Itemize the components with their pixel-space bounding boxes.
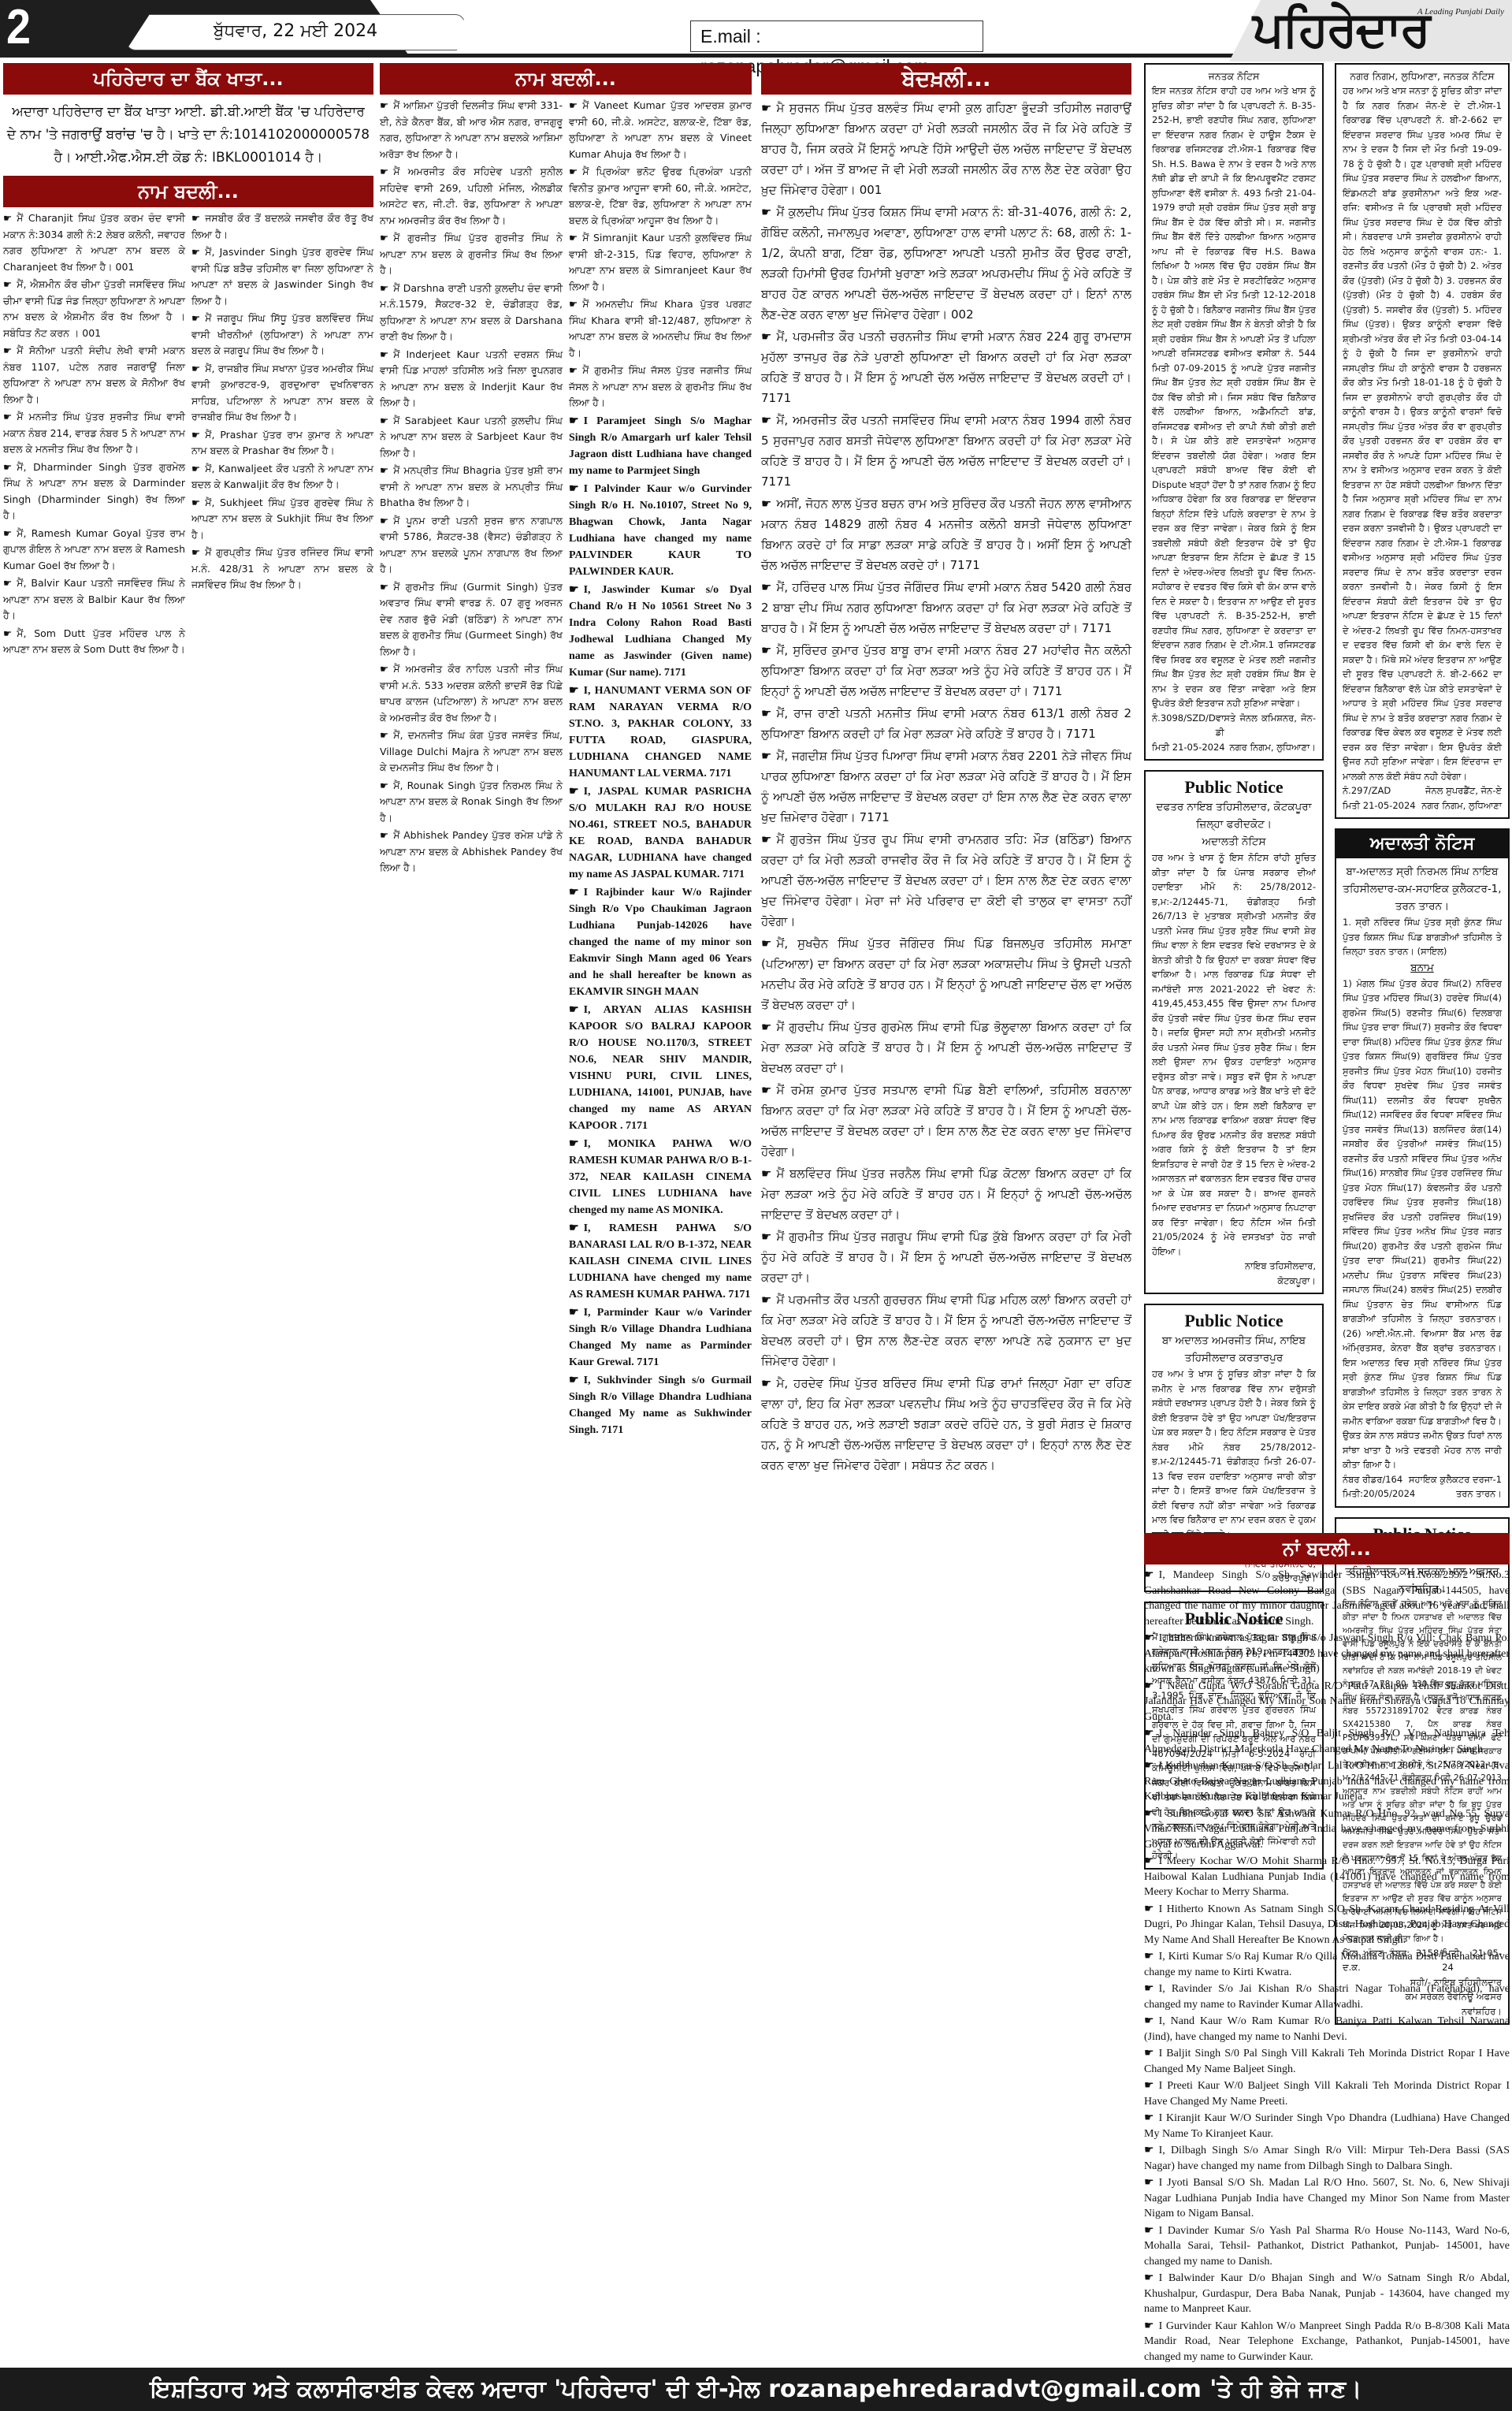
list-item: ☛ਮੈਂ, Ramesh Kumar Goyal ਪੁੱਤਰ ਰਾਮ ਗੁਪਾਲ… — [3, 526, 185, 575]
pointing-hand-icon: ☛ — [1144, 1854, 1154, 1870]
list-item: ☛ਮੈਂ ਗੁਰਦੀਪ ਸਿੰਘ ਪੁੱਤਰ ਗੁਰਮੇਲ ਸਿੰਘ ਵਾਸੀ … — [761, 1017, 1131, 1078]
entry-text: ਮੈਂ ਮਨਪ੍ਰੀਤ ਸਿੰਘ Bhagria ਪੁੱਤਰ ਖ਼ੁਸ਼ੀ ਰਾ… — [380, 464, 563, 508]
entry-text: I Paramjeet Singh S/o Maghar Singh R/o A… — [569, 415, 752, 477]
entry-text: I Rajbinder kaur W/o Rajinder Singh R/o … — [569, 887, 752, 998]
pointing-hand-icon: ☛ — [380, 463, 388, 479]
notice-subtitle: ਬਾ ਅਦਾਲਤ ਅਮਰਜੀਤ ਸਿੰਘ, ਨਾਇਬ ਤਹਿਸੀਲਦਾਰ ਕਰਤ… — [1152, 1332, 1316, 1367]
pointing-hand-icon: ☛ — [569, 783, 579, 800]
list-item: ☛ਮੈਂ Inderjeet Kaur ਪਤਨੀ ਦਰਸ਼ਨ ਸਿੰਘ ਵਾਸੀ… — [380, 347, 563, 411]
entry-text: I Hitherto Known As Satnam Singh S/O Sh.… — [1144, 1903, 1510, 1946]
entry-text: I, Jaswinder Kumar s/o Dyal Chand R/o H … — [569, 584, 752, 679]
entry-text: ਮੈਂ ਜਗਰੂਪ ਸਿੰਘ ਸਿੱਧੂ ਪੁੱਤਰ ਬਲਵਿੰਦਰ ਸਿੰਘ … — [191, 312, 373, 356]
footer-banner: ਇਸ਼ਤਿਹਾਰ ਅਤੇ ਕਲਾਸੀਫਾਈਡ ਕੇਵਲ ਅਦਾਰਾ 'ਪਹਿਰੇ… — [0, 2368, 1512, 2411]
list-item: ☛ਜਸਬੀਰ ਕੌਰ ਤੋਂ ਬਦਲਕੇ ਜਸਵੀਰ ਕੌਰ ਰੱਤੂ ਰੱਖ … — [191, 210, 373, 243]
notice-signatory: ਨਾਇਬ ਤਹਿਸੀਲਦਾਰ, — [1152, 1259, 1316, 1274]
pointing-hand-icon: ☛ — [3, 626, 12, 642]
pointing-hand-icon: ☛ — [380, 828, 388, 844]
notice-title: Public Notice — [1152, 1310, 1316, 1332]
notice-ref: ਨੰ.3098/SZD/D — [1152, 711, 1216, 740]
list-item: ☛ਅਸੀਂ, ਜੋਹਨ ਲਾਲ ਪੁੱਤਰ ਬਚਨ ਰਾਮ ਅਤੇ ਸੁਰਿੰਦ… — [761, 493, 1131, 575]
pointing-hand-icon: ☛ — [569, 884, 579, 901]
entry-text: I Gurvinder Kaur Kahlon W/o Manpreet Sin… — [1144, 2320, 1510, 2363]
entry-text: ਮੈਂ, Ramesh Kumar Goyal ਪੁੱਤਰ ਰਾਮ ਗੁਪਾਲ … — [3, 527, 185, 571]
entry-text: ਮੈਂ ਗੁਰਦੀਪ ਸਿੰਘ ਪੁੱਤਰ ਗੁਰਮੇਲ ਸਿੰਘ ਵਾਸੀ ਪ… — [761, 1020, 1131, 1075]
list-item: ☛I Palvinder Kaur w/o Gurvinder Singh R/… — [569, 481, 752, 580]
pointing-hand-icon: ☛ — [380, 164, 388, 180]
pointing-hand-icon: ☛ — [380, 579, 388, 596]
pointing-hand-icon: ☛ — [1144, 1726, 1154, 1742]
list-item: ☛ਮੈਂ ਪਰਮਜੀਤ ਕੌਰ ਪਤਨੀ ਗੁਰਚਰਨ ਸਿੰਘ ਵਾਸੀ ਪਿ… — [761, 1289, 1131, 1371]
pointing-hand-icon: ☛ — [761, 1163, 771, 1184]
entry-text: I Balwinder Kaur D/o Bhajan Singh and W/… — [1144, 2272, 1510, 2315]
logo-tagline: A Leading Punjabi Daily — [1417, 6, 1504, 17]
pointing-hand-icon: ☛ — [569, 230, 578, 247]
entry-text: I, HANUMANT VERMA SON OF RAM NARAYAN VER… — [569, 685, 752, 779]
section-title-bank: ਪਹਿਰੇਦਾਰ ਦਾ ਬੈਂਕ ਖਾਤਾ... — [3, 63, 373, 95]
entry-text: ਮੈਂ, Sukhjeet ਸਿੰਘ ਪੁੱਤਰ ਗੁਰਦੇਵ ਸਿੰਘ ਨੇ … — [191, 497, 373, 541]
pointing-hand-icon: ☛ — [761, 1017, 771, 1037]
pointing-hand-icon: ☛ — [569, 1136, 579, 1152]
notice-body: ਹਰ ਆਮ ਤੇ ਖਾਸ ਨੂੰ ਇਸ ਨੋਟਿਸ ਰਾਂਹੀ ਸੂਚਿਤ ਕੀ… — [1152, 850, 1316, 1259]
entry-text: I, Dilbagh Singh S/o Amar Singh R/o Vill… — [1144, 2145, 1510, 2172]
public-notice-1: ਜਨਤਕ ਨੋਟਿਸ ਇਸ ਜਨਤਕ ਨੋਟਿਸ ਰਾਹੀ ਹਰ ਆਮ ਅਤੇ … — [1144, 63, 1324, 761]
column-1-entries: ☛ਮੈਂ Charanjit ਸਿਘ ਪੁੱਤਰ ਕਰਮ ਚੰਦ ਵਾਸੀ ਮਕ… — [3, 210, 373, 660]
list-item: ☛I Jyoti Bansal S/O Sh. Madan Lal R/O Hn… — [1144, 2175, 1510, 2222]
pointing-hand-icon: ☛ — [191, 545, 200, 561]
entry-text: ਮੈਂ Simranjit Kaur ਪਤਨੀ ਕੁਲਵਿੰਦਰ ਸਿੰਘ ਵਾ… — [569, 232, 752, 292]
list-item: ☛ਮੈਂ, ਸੁਰਿੰਦਰ ਕੁਮਾਰ ਪੁੱਤਰ ਬਾਬੂ ਰਾਮ ਵਾਸੀ … — [761, 640, 1131, 701]
list-item: ☛ਮੈਂ, ਦਮਨਜੀਤ ਸਿੰਘ ਕੰਗ ਪੁੱਤਰ ਜਸਵੰਤ ਸਿੰਘ, … — [380, 727, 563, 776]
entry-text: I Kulbhushan Kumar S/O Sh. Sardari Lal R… — [1144, 1760, 1510, 1803]
pointing-hand-icon: ☛ — [380, 281, 388, 297]
entry-text: I, hitherto known as Jagtar Singh S/o Ja… — [1144, 1632, 1510, 1675]
entry-text: I Palvinder Kaur w/o Gurvinder Singh R/o… — [569, 483, 752, 578]
pointing-hand-icon: ☛ — [1144, 2014, 1154, 2030]
notice-date: ਮਿਤੀ 21-05-2024 — [1343, 798, 1416, 813]
entry-text: ਮੈਂ ਸੋਨੀਆ ਪਤਨੀ ਸੰਦੀਪ ਲੇਖੀ ਵਾਸੀ ਮਕਾਨ ਨੰਬਰ… — [3, 344, 185, 405]
column-2b-punjabi: ☛ਮੈਂ Vaneet Kumar ਪੁੱਤਰ ਆਦਰਸ਼ ਕੁਮਾਰ ਵਾਸੀ… — [569, 98, 752, 411]
entry-text: ਮੈ ਸੁਰਜਨ ਸਿੰਘ ਪੁੱਤਰ ਬਲਵੰਤ ਸਿੰਘ ਵਾਸੀ ਕੁਲ … — [761, 101, 1131, 197]
pointing-hand-icon: ☛ — [1144, 2319, 1154, 2335]
pointing-hand-icon: ☛ — [191, 361, 200, 378]
list-item: ☛I Balwinder Kaur D/o Bhajan Singh and W… — [1144, 2271, 1510, 2317]
entry-text: ਮੈਂ, ਹਰਿੰਦਰ ਪਾਲ ਸਿੰਘ ਪੁੱਤਰ ਜੋਗਿੰਦਰ ਸਿੰਘ … — [761, 580, 1131, 635]
disinherit-entries: ☛ਮੈ ਸੁਰਜਨ ਸਿੰਘ ਪੁੱਤਰ ਬਲਵੰਤ ਸਿੰਘ ਵਾਸੀ ਕੁਲ… — [761, 98, 1131, 1475]
pointing-hand-icon: ☛ — [380, 513, 388, 530]
list-item: ☛ਮੈਂ, ਰਾਜਬੀਰ ਸਿੰਘ ਸਖਾਨਾ ਪੁੱਤਰ ਅਮਰੀਕ ਸਿੰਘ… — [191, 361, 373, 426]
entry-text: ਮੈਂ ਗੁਰਮੀਤ ਸਿੰਘ ਜੱਸਲ ਪੁੱਤਰ ਜਗਜੀਤ ਸਿੰਘ ਜੱ… — [569, 364, 752, 408]
list-item: ☛I Baljit Singh S/0 Pal Singh Vill Kakra… — [1144, 2046, 1510, 2077]
entry-text: ਅਸੀਂ, ਜੋਹਨ ਲਾਲ ਪੁੱਤਰ ਬਚਨ ਰਾਮ ਅਤੇ ਸੁਰਿੰਦਰ… — [761, 497, 1131, 572]
list-item: ☛ਮੈਂ ਅਮਨਦੀਪ ਸਿੰਘ Khara ਪੁੱਤਰ ਪਰਗਟ ਸਿੰਘ K… — [569, 296, 752, 361]
list-item: ☛ਮੈਂ Simranjit Kaur ਪਤਨੀ ਕੁਲਵਿੰਦਰ ਸਿੰਘ ਵ… — [569, 230, 752, 295]
pointing-hand-icon: ☛ — [761, 98, 771, 118]
entry-text: ਮੈਂ, ਦਮਨਜੀਤ ਸਿੰਘ ਕੰਗ ਪੁੱਤਰ ਜਸਵੰਤ ਸਿੰਘ, V… — [380, 729, 563, 773]
entry-text: I Surbhi Goyal W/O Sh. Ashwani Kumar R/O… — [1144, 1808, 1510, 1851]
notice-subtitle: ਬਾ-ਅਦਾਲਤ ਸ੍ਰੀ ਨਿਰਮਲ ਸਿੰਘ ਨਾਇਬ ਤਹਿਸੀਲਦਾਰ-… — [1343, 863, 1502, 915]
entry-text: ਮੈਂ ਰਮੇਸ਼ ਕੁਮਾਰ ਪੁੱਤਰ ਸਤਪਾਲ ਵਾਸੀ ਪਿੰਡ ਬੈ… — [761, 1083, 1131, 1159]
court-notice-4: ਅਦਾਲਤੀ ਨੋਟਿਸ ਬਾ-ਅਦਾਲਤ ਸ੍ਰੀ ਨਿਰਮਲ ਸਿੰਘ ਨਾ… — [1335, 828, 1510, 1508]
entry-text: ਮੈ, ਹਰਦੇਵ ਸਿੰਘ ਪੁੱਤਰ ਬਰਿੰਦਰ ਸਿੰਘ ਵਾਸੀ ਪਿ… — [761, 1376, 1131, 1472]
list-item: ☛I Neetu Gupta W/O Sorabh Gupta R/O Patt… — [1144, 1679, 1510, 1725]
pointing-hand-icon: ☛ — [1144, 2271, 1154, 2286]
pointing-hand-icon: ☛ — [380, 727, 388, 744]
list-item: ☛I Hitherto Known As Satnam Singh S/O Sh… — [1144, 1902, 1510, 1948]
pointing-hand-icon: ☛ — [1144, 1806, 1154, 1822]
list-item: ☛ਮੈਂ, Kanwaljeet ਕੌਰ ਪਤਨੀ ਨੇ ਆਪਣਾ ਨਾਮ ਬਦ… — [191, 461, 373, 493]
list-item: ☛I, Sukhvinder Singh s/o Gurmail Singh R… — [569, 1372, 752, 1438]
column-2: ਨਾਮ ਬਦਲੀ... ☛ਮੈਂ ਆਸ਼ਿਮਾ ਪੁੱਤਰੀ ਦਿਲਜੀਤ ਸਿ… — [380, 63, 752, 1440]
list-item: ☛ਮੈਂ ਗੁਰਮੀਤ ਸਿੰਘ ਜੱਸਲ ਪੁੱਤਰ ਜਗਜੀਤ ਸਿੰਘ ਜ… — [569, 363, 752, 411]
pointing-hand-icon: ☛ — [761, 1080, 771, 1100]
pointing-hand-icon: ☛ — [191, 427, 200, 444]
entry-text: ਮੈਂ, Rounak Singh ਪੁੱਤਰ ਨਿਰਮਲ ਸਿੰਘ ਨੇ ਆਪ… — [380, 779, 563, 824]
list-item: ☛ਮੈਂ ਪੂਨਮ ਰਾਣੀ ਪਤਨੀ ਸੁਰਜ ਭਾਨ ਨਾਗਪਾਲ ਵਾਸੀ… — [380, 513, 563, 578]
entry-text: ਮੈਂ, ਸੁਰਿੰਦਰ ਕੁਮਾਰ ਪੁੱਤਰ ਬਾਬੂ ਰਾਮ ਵਾਸੀ ਮ… — [761, 643, 1131, 698]
entry-text: ਮੈਂ, ਸੁਖਚੈਨ ਸਿੰਘ ਪੁੱਤਰ ਜੋਗਿੰਦਰ ਸਿੰਘ ਪਿੰਡ… — [761, 936, 1131, 1012]
entry-text: ਮੈਂ ਪਰਮਜੀਤ ਕੌਰ ਪਤਨੀ ਗੁਰਚਰਨ ਸਿੰਘ ਵਾਸੀ ਪਿੰ… — [761, 1293, 1131, 1368]
public-notice-3: Public Notice ਦਫਤਰ ਨਾਇਬ ਤਹਿਸੀਲਦਾਰ, ਕੋਟਕਪ… — [1144, 770, 1324, 1294]
pointing-hand-icon: ☛ — [1144, 1981, 1154, 1997]
masthead: 2 ਬੁੱਧਵਾਰ, 22 ਮਈ 2024 E.mail : rozanapeh… — [0, 0, 1512, 57]
list-item: ☛ਮੈਂ, Sukhjeet ਸਿੰਘ ਪੁੱਤਰ ਗੁਰਦੇਵ ਸਿੰਘ ਨੇ… — [191, 495, 373, 544]
list-item: ☛I, Parminder Kaur w/o Varinder Singh R/… — [569, 1304, 752, 1371]
notice-subtitle: ਦਫਤਰ ਨਾਇਬ ਤਹਿਸੀਲਦਾਰ, ਕੋਟਕਪੂਰਾ ਜ਼ਿਲ੍ਹਾ ਫਰ… — [1152, 798, 1316, 833]
list-item: ☛ਮੈਂ ਗੁਰਪ੍ਰੀਤ ਸਿੰਘ ਪੁੱਤਰ ਰਜਿੰਦਰ ਸਿੰਘ ਵਾਸ… — [191, 545, 373, 593]
notice-versus: ਬਨਾਮ — [1343, 959, 1502, 977]
list-item: ☛ਮੈ, ਹਰਦੇਵ ਸਿੰਘ ਪੁੱਤਰ ਬਰਿੰਦਰ ਸਿੰਘ ਵਾਸੀ ਪ… — [761, 1373, 1131, 1475]
entry-text: ਮੈਂ ਆਸ਼ਿਮਾ ਪੁੱਤਰੀ ਦਿਲਜੀਤ ਸਿੰਘ ਵਾਸੀ 331-ਈ… — [380, 99, 563, 160]
list-item: ☛ਮੈਂ, Rounak Singh ਪੁੱਤਰ ਨਿਰਮਲ ਸਿੰਘ ਨੇ ਆ… — [380, 778, 563, 827]
list-item: ☛I, JASPAL KUMAR PASRICHA S/O MULAKH RAJ… — [569, 783, 752, 883]
list-item: ☛ਮੈਂ Vaneet Kumar ਪੁੱਤਰ ਆਦਰਸ਼ ਕੁਮਾਰ ਵਾਸੀ… — [569, 98, 752, 162]
list-item: ☛ਮੈਂ Abhishek Pandey ਪੁੱਤਰ ਰਮੇਸ਼ ਪਾਂਡੇ ਨ… — [380, 828, 563, 876]
pointing-hand-icon: ☛ — [761, 1226, 771, 1247]
issue-date: ਬੁੱਧਵਾਰ, 22 ਮਈ 2024 — [126, 20, 465, 43]
list-item: ☛ਮੈਂ, Balvir Kaur ਪਤਨੀ ਜਸਵਿੰਦਰ ਸਿੰਘ ਨੇ ਆ… — [3, 575, 185, 624]
pointing-hand-icon: ☛ — [1144, 1631, 1154, 1646]
pointing-hand-icon: ☛ — [1144, 2046, 1154, 2062]
notice-date: ਮਿਤੀ 21-05-2024 — [1152, 740, 1225, 755]
list-item: ☛ਮੈਂ, ਐਸ਼ਮੀਨ ਕੌਰ ਚੀਮਾ ਪੁੱਤਰੀ ਜਸਵਿੰਦਰ ਸਿੰ… — [3, 277, 185, 341]
list-item: ☛ਮੈਂ, ਅਮਰਜੀਤ ਕੌਰ ਪਤਨੀ ਜਸਵਿੰਦਰ ਸਿੰਘ ਵਾਸੀ … — [761, 410, 1131, 492]
entry-text: ਮੈਂ, Dharminder Singh ਪੁੱਤਰ ਗੁਰਮੇਲ ਸਿੰਘ … — [3, 461, 185, 522]
list-item: ☛ਮੈਂ ਗੁਰਤੇਜ ਸਿੰਘ ਪੁੱਤਰ ਰੂਪ ਸਿੰਘ ਵਾਸੀ ਰਾਮ… — [761, 829, 1131, 932]
notice-subtitle-2: ਅਦਾਲਤੀ ਨੋਟਿਸ — [1152, 833, 1316, 850]
column-1b: ☛ਜਸਬੀਰ ਕੌਰ ਤੋਂ ਬਦਲਕੇ ਜਸਵੀਰ ਕੌਰ ਰੱਤੂ ਰੱਖ … — [191, 210, 373, 660]
pointing-hand-icon: ☛ — [569, 683, 579, 699]
pointing-hand-icon: ☛ — [569, 1372, 579, 1389]
list-item: ☛ਮੈਂ ਗੁਰਮੀਤ ਸਿੰਘ ਪੁੱਤਰ ਜਗਰੂਪ ਸਿੰਘ ਵਾਸੀ ਪ… — [761, 1226, 1131, 1288]
entry-text: ਮੈਂ ਗੁਰਮੀਤ ਸਿੰਘ ਪੁੱਤਰ ਜਗਰੂਪ ਸਿੰਘ ਵਾਸੀ ਪਿ… — [761, 1230, 1131, 1285]
notice-office: ਕੋਟਕਪੂਰਾ। — [1152, 1274, 1316, 1289]
list-item: ☛ਮੈਂ ਬਲਵਿੰਦਰ ਸਿੰਘ ਪੁੱਤਰ ਜਰਨੈਲ ਸਿੰਘ ਵਾਸੀ … — [761, 1163, 1131, 1225]
entry-text: ਮੈਂ, Prashar ਪੁੱਤਰ ਰਾਮ ਕੁਮਾਰ ਨੇ ਆਪਣਾ ਨਾਮ… — [191, 429, 373, 457]
entry-text: ਮੈਂ, ਜਗਦੀਸ਼ ਸਿੰਘ ਪੁੱਤਰ ਪਿਆਰਾ ਸਿੰਘ ਵਾਸੀ ਮ… — [761, 749, 1131, 824]
pointing-hand-icon: ☛ — [380, 661, 388, 678]
pointing-hand-icon: ☛ — [761, 493, 771, 514]
list-item: ☛ਮੈਂ ਸੋਨੀਆ ਪਤਨੀ ਸੰਦੀਪ ਲੇਖੀ ਵਾਸੀ ਮਕਾਨ ਨੰਬ… — [3, 343, 185, 407]
notice-ref: ਨੰ.297/ZAD — [1343, 783, 1391, 798]
list-item: ☛I Gurvinder Kaur Kahlon W/o Manpreet Si… — [1144, 2319, 1510, 2365]
entry-text: I, Ravinder S/o Jai Kishan R/o Shastri N… — [1144, 1983, 1510, 2011]
pointing-hand-icon: ☛ — [3, 210, 12, 227]
pointing-hand-icon: ☛ — [761, 410, 771, 430]
entry-text: ਮੈਂ, Kanwaljeet ਕੌਰ ਪਤਨੀ ਨੇ ਆਪਣਾ ਨਾਮ ਬਦਲ… — [191, 463, 373, 491]
newspaper-logo: ਪਹਿਰੇਦਾਰ — [1253, 2, 1429, 57]
notice-signatory: ਜੋਨਲ ਸੁਪਰਡੈਂਟ, ਜੋਨ-ਏ — [1425, 783, 1502, 798]
pointing-hand-icon: ☛ — [191, 461, 200, 478]
column-2b-english: ☛I Paramjeet Singh S/o Maghar Singh R/o … — [569, 413, 752, 1438]
list-item: ☛I Preeti Kaur W/0 Baljeet Singh Vill Ka… — [1144, 2078, 1510, 2109]
list-item: ☛ਮੈਂ, ਹਰਿੰਦਰ ਪਾਲ ਸਿੰਘ ਪੁੱਤਰ ਜੋਗਿੰਦਰ ਸਿੰਘ… — [761, 577, 1131, 638]
column-2b: ☛ਮੈਂ Vaneet Kumar ਪੁੱਤਰ ਆਦਰਸ਼ ਕੁਮਾਰ ਵਾਸੀ… — [569, 98, 752, 1440]
pointing-hand-icon: ☛ — [1144, 2111, 1154, 2126]
list-item: ☛ਮੈਂ ਜਗਰੂਪ ਸਿੰਘ ਸਿੱਧੂ ਪੁੱਤਰ ਬਲਵਿੰਦਰ ਸਿੰਘ… — [191, 311, 373, 359]
list-item: ☛ਮੈਂ, ਸੁਖਚੈਨ ਸਿੰਘ ਪੁੱਤਰ ਜੋਗਿੰਦਰ ਸਿੰਘ ਪਿੰ… — [761, 933, 1131, 1015]
entry-text: ਮੈਂ Darshna ਰਾਣੀ ਪਤਨੀ ਕੁਲਦੀਪ ਚੰਦ ਵਾਸੀ ਮ.… — [380, 282, 563, 343]
list-item: ☛ਮੈਂ ਗੁਰਮੀਤ ਸਿੰਘ (Gurmit Singh) ਪੁੱਤਰ ਅਵ… — [380, 579, 563, 660]
section-title-name-change-3: ਨਾਂ ਬਦਲੀ... — [1144, 1533, 1510, 1565]
column-1a: ☛ਮੈਂ Charanjit ਸਿਘ ਪੁੱਤਰ ਕਰਮ ਚੰਦ ਵਾਸੀ ਮਕ… — [3, 210, 185, 660]
notice-title: ਅਦਾਲਤੀ ਨੋਟਿਸ — [1336, 830, 1508, 858]
notice-signatory: ਵਾਸਤੇ ਜੋਨਲ ਕਮਿਸ਼ਨਰ, ਜੋਨ-ਡੀ — [1216, 711, 1316, 740]
pointing-hand-icon: ☛ — [3, 343, 12, 359]
pointing-hand-icon: ☛ — [3, 575, 12, 592]
list-item: ☛I Meery Kochar W/O Mohit Sharma R/O Hno… — [1144, 1854, 1510, 1900]
list-item: ☛I Surbhi Goyal W/O Sh. Ashwani Kumar R/… — [1144, 1806, 1510, 1853]
entry-text: I, Sukhvinder Singh s/o Gurmail Singh R/… — [569, 1375, 752, 1436]
list-item: ☛ਮੈਂ, ਜਗਦੀਸ਼ ਸਿੰਘ ਪੁੱਤਰ ਪਿਆਰਾ ਸਿੰਘ ਵਾਸੀ … — [761, 746, 1131, 828]
notice-body: ਹਰ ਆਮ ਤੇ ਖਾਸ ਨੂੰ ਸੂਚਿਤ ਕੀਤਾ ਜਾਂਦਾ ਹੈ ਕਿ … — [1152, 1367, 1316, 1542]
pointing-hand-icon: ☛ — [569, 164, 578, 180]
list-item: ☛I Davinder Kumar S/o Yash Pal Sharma R/… — [1144, 2223, 1510, 2270]
pointing-hand-icon: ☛ — [569, 582, 579, 598]
list-item: ☛ਮੈਂ ਮਨਪ੍ਰੀਤ ਸਿੰਘ Bhagria ਪੁੱਤਰ ਖ਼ੁਸ਼ੀ ਰ… — [380, 463, 563, 512]
list-item: ☛ਮੈਂ, ਪਰਮਜੀਤ ਕੌਰ ਪਤਨੀ ਚਰਨਜੀਤ ਸਿੰਘ ਵਾਸੀ ਮ… — [761, 326, 1131, 408]
pointing-hand-icon: ☛ — [1144, 2143, 1154, 2159]
column-1: ਪਹਿਰੇਦਾਰ ਦਾ ਬੈਂਕ ਖਾਤਾ... ਅਦਾਰਾ ਪਹਿਰੇਦਾਰ … — [3, 63, 373, 660]
entry-text: ਮੈਂ ਗੁਰਤੇਜ ਸਿੰਘ ਪੁੱਤਰ ਰੂਪ ਸਿੰਘ ਵਾਸੀ ਰਾਮਨ… — [761, 832, 1131, 928]
contact-email[interactable]: E.mail : rozanapehredar@gmail.com — [690, 20, 983, 52]
entry-text: ਮੈਂ ਅਮਰਜੀਤ ਕੌਰ ਸਹਿਦੇਵ ਪਤਨੀ ਸੁਨੀਲ ਸਹਿਦੇਵ … — [380, 166, 563, 226]
list-item: ☛I, HANUMANT VERMA SON OF RAM NARAYAN VE… — [569, 683, 752, 782]
section-title-name-change-2: ਨਾਮ ਬਦਲੀ... — [380, 63, 752, 95]
pointing-hand-icon: ☛ — [3, 526, 12, 542]
entry-text: I, Narinder Singh Bahrey S/O Baljit Sing… — [1144, 1728, 1510, 1755]
list-item: ☛ਮੈਂ ਰਮੇਸ਼ ਕੁਮਾਰ ਪੁੱਤਰ ਸਤਪਾਲ ਵਾਸੀ ਪਿੰਡ ਬ… — [761, 1080, 1131, 1162]
list-item: ☛I, Jaswinder Kumar s/o Dyal Chand R/o H… — [569, 582, 752, 681]
pointing-hand-icon: ☛ — [3, 460, 12, 476]
english-name-change-entries: ☛I, Mandeep Singh S/o Sh. Sawinder Singh… — [1144, 1568, 1510, 2397]
list-item: ☛I Kiranjit Kaur W/O Surinder Singh Vpo … — [1144, 2111, 1510, 2141]
list-item: ☛ਮੈਂ Charanjit ਸਿਘ ਪੁੱਤਰ ਕਰਮ ਚੰਦ ਵਾਸੀ ਮਕ… — [3, 210, 185, 275]
entry-text: I, Mandeep Singh S/o Sh. Sawinder Singh … — [1144, 1569, 1510, 1628]
column-2a: ☛ਮੈਂ ਆਸ਼ਿਮਾ ਪੁੱਤਰੀ ਦਿਲਜੀਤ ਸਿੰਘ ਵਾਸੀ 331-… — [380, 98, 563, 1440]
entry-text: ਮੈਂ Inderjeet Kaur ਪਤਨੀ ਦਰਸ਼ਨ ਸਿੰਘ ਵਾਸੀ … — [380, 348, 563, 409]
list-item: ☛ਮੈਂ Sarabjeet Kaur ਪਤਨੀ ਕੁਲਦੀਪ ਸਿੰਘ ਨੇ … — [380, 413, 563, 462]
pointing-hand-icon: ☛ — [380, 347, 388, 363]
notice-office: ਤਰਨ ਤਾਰਨ। — [1456, 1486, 1502, 1501]
pointing-hand-icon: ☛ — [191, 244, 200, 261]
list-item: ☛ਮੈਂ, Dharminder Singh ਪੁੱਤਰ ਗੁਰਮੇਲ ਸਿੰਘ… — [3, 460, 185, 524]
list-item: ☛I, Dilbagh Singh S/o Amar Singh R/o Vil… — [1144, 2143, 1510, 2174]
pointing-hand-icon: ☛ — [3, 409, 12, 426]
entry-text: I Jyoti Bansal S/O Sh. Madan Lal R/O Hno… — [1144, 2177, 1510, 2219]
entry-text: ਮੈਂ ਕੁਲਦੀਪ ਸਿੰਘ ਪੁੱਤਰ ਕਿਸ਼ਨ ਸਿੰਘ ਵਾਸੀ ਮਕ… — [761, 205, 1131, 322]
notice-body: ਇਸ ਜਨਤਕ ਨੋਟਿਸ ਰਾਹੀ ਹਰ ਆਮ ਅਤੇ ਖਾਸ ਨੂੰ ਸੂਚ… — [1152, 84, 1316, 711]
list-item: ☛I, Nand Kaur W/o Ram Kumar R/o Baniya P… — [1144, 2014, 1510, 2045]
notice-title: Public Notice — [1152, 776, 1316, 798]
list-item: ☛ਮੈਂ, ਰਾਜ ਰਾਣੀ ਪਤਨੀ ਮਨਜੀਤ ਸਿੰਘ ਵਾਸੀ ਮਕਾਨ… — [761, 703, 1131, 744]
entry-text: ਮੈਂ ਅਮਰਜੀਤ ਕੌਰ ਨਾਹਿਲ ਪਤਨੀ ਜੀਤ ਸਿੰਘ ਵਾਸੀ … — [380, 663, 563, 724]
pointing-hand-icon: ☛ — [569, 98, 578, 114]
list-item: ☛ਮੈਂ, Jasvinder Singh ਪੁੱਤਰ ਗੁਰਦੇਵ ਸਿੰਘ … — [191, 244, 373, 309]
entry-text: ਮੈਂ, ਪਰਮਜੀਤ ਕੌਰ ਪਤਨੀ ਚਰਨਜੀਤ ਸਿੰਘ ਵਾਸੀ ਮਕ… — [761, 329, 1131, 405]
entry-text: I, ARYAN ALIAS KASHISH KAPOOR S/O BALRAJ… — [569, 1004, 752, 1132]
entry-text: I, Parminder Kaur w/o Varinder Singh R/o… — [569, 1307, 752, 1368]
entry-text: ਮੈਂ ਅਮਨਦੀਪ ਸਿੰਘ Khara ਪੁੱਤਰ ਪਰਗਟ ਸਿੰਘ Kh… — [569, 298, 752, 359]
pointing-hand-icon: ☛ — [761, 829, 771, 850]
pointing-hand-icon: ☛ — [1144, 2175, 1154, 2191]
pointing-hand-icon: ☛ — [380, 413, 388, 430]
pointing-hand-icon: ☛ — [761, 746, 771, 766]
column-5-english: ਨਾਂ ਬਦਲੀ... ☛I, Mandeep Singh S/o Sh. Sa… — [1144, 1533, 1510, 2398]
list-item: ☛I, RAMESH PAHWA S/O BANARASI LAL R/O B-… — [569, 1220, 752, 1303]
pointing-hand-icon: ☛ — [761, 703, 771, 724]
list-item: ☛I, MONIKA PAHWA W/O RAMESH KUMAR PAHWA … — [569, 1136, 752, 1219]
entry-text: ਮੈਂ ਗੁਰਮੀਤ ਸਿੰਘ (Gurmit Singh) ਪੁੱਤਰ ਅਵਤ… — [380, 581, 563, 657]
list-item: ☛ਮੈਂ Darshna ਰਾਣੀ ਪਤਨੀ ਕੁਲਦੀਪ ਚੰਦ ਵਾਸੀ ਮ… — [380, 281, 563, 345]
pointing-hand-icon: ☛ — [569, 1304, 579, 1321]
pointing-hand-icon: ☛ — [761, 326, 771, 347]
list-item: ☛ਮੈਂ ਪ੍ਰਿਅੰਕਾ ਭਨੋਟ ਉਰਫ ਪ੍ਰਿਅੰਕਾ ਪਤਨੀ ਵਿਨ… — [569, 164, 752, 229]
list-item: ☛ਮੈਂ ਅਮਰਜੀਤ ਕੌਰ ਨਾਹਿਲ ਪਤਨੀ ਜੀਤ ਸਿੰਘ ਵਾਸੀ… — [380, 661, 563, 726]
notice-office: ਨਗਰ ਨਿਗਮ, ਲੁਧਿਆਣਾ — [1421, 798, 1502, 813]
notice-signatory: ਸਹਾਇਕ ਕੁਲੈਕਟਰ ਦਰਜਾ-1 — [1409, 1472, 1502, 1487]
entry-text: ਮੈਂ Charanjit ਸਿਘ ਪੁੱਤਰ ਕਰਮ ਚੰਦ ਵਾਸੀ ਮਕਾ… — [3, 212, 185, 273]
entry-text: I Kiranjit Kaur W/O Surinder Singh Vpo D… — [1144, 2112, 1510, 2140]
list-item: ☛ਮੈਂ ਆਸ਼ਿਮਾ ਪੁੱਤਰੀ ਦਿਲਜੀਤ ਸਿੰਘ ਵਾਸੀ 331-… — [380, 98, 563, 162]
pointing-hand-icon: ☛ — [761, 933, 771, 954]
pointing-hand-icon: ☛ — [1144, 1949, 1154, 1965]
pointing-hand-icon: ☛ — [569, 1002, 579, 1018]
pointing-hand-icon: ☛ — [3, 277, 12, 293]
entry-text: ਮੈਂ ਗੁਰਪ੍ਰੀਤ ਸਿੰਘ ਪੁੱਤਰ ਰਜਿੰਦਰ ਸਿੰਘ ਵਾਸੀ… — [191, 546, 373, 590]
list-item: ☛I Rajbinder kaur W/o Rajinder Singh R/o… — [569, 884, 752, 1000]
entry-text: I Preeti Kaur W/0 Baljeet Singh Vill Kak… — [1144, 2080, 1510, 2108]
pointing-hand-icon: ☛ — [761, 1373, 771, 1393]
column-3: ਬੇਦਖ਼ਲੀ... ☛ਮੈ ਸੁਰਜਨ ਸਿੰਘ ਪੁੱਤਰ ਬਲਵੰਤ ਸਿ… — [761, 63, 1131, 1477]
pointing-hand-icon: ☛ — [569, 363, 578, 379]
list-item: ☛ਮੈਂ ਮਨਜੀਤ ਸਿੰਘ ਪੁੱਤਰ ਸੁਰਜੀਤ ਸਿੰਘ ਵਾਸੀ ਮ… — [3, 409, 185, 458]
entry-text: ਮੈਂ, ਐਸ਼ਮੀਨ ਕੌਰ ਚੀਮਾ ਪੁੱਤਰੀ ਜਸਵਿੰਦਰ ਸਿੰਘ… — [3, 278, 185, 339]
entry-text: I, Nand Kaur W/o Ram Kumar R/o Baniya Pa… — [1144, 2015, 1510, 2043]
pointing-hand-icon: ☛ — [380, 98, 388, 114]
pointing-hand-icon: ☛ — [569, 413, 579, 430]
list-item: ☛ਮੈਂ ਕੁਲਦੀਪ ਸਿੰਘ ਪੁੱਤਰ ਕਿਸ਼ਨ ਸਿੰਘ ਵਾਸੀ ਮ… — [761, 202, 1131, 325]
column-2-entries: ☛ਮੈਂ ਆਸ਼ਿਮਾ ਪੁੱਤਰੀ ਦਿਲਜੀਤ ਸਿੰਘ ਵਾਸੀ 331-… — [380, 98, 752, 1440]
pointing-hand-icon: ☛ — [1144, 1568, 1154, 1583]
public-notice-2: ਨਗਰ ਨਿਗਮ, ਲੁਧਿਆਣਾ, ਜਨਤਕ ਨੋਟਿਸ ਹਰ ਆਮ ਅਤੇ … — [1335, 63, 1510, 819]
entry-text: ਮੈਂ Vaneet Kumar ਪੁੱਤਰ ਆਦਰਸ਼ ਕੁਮਾਰ ਵਾਸੀ … — [569, 99, 752, 160]
entry-text: ਮੈਂ ਗੁਰਜੀਤ ਸਿੰਘ ਪੁੱਤਰ ਗੁਰਜੀਤ ਸਿੰਘ ਨੇ ਆਪਣ… — [380, 232, 563, 276]
entry-text: I Baljit Singh S/0 Pal Singh Vill Kakral… — [1144, 2048, 1510, 2075]
pointing-hand-icon: ☛ — [1144, 1902, 1154, 1918]
entry-text: ਮੈਂ ਮਨਜੀਤ ਸਿੰਘ ਪੁੱਤਰ ਸੁਰਜੀਤ ਸਿੰਘ ਵਾਸੀ ਮਕ… — [3, 411, 185, 455]
section-title-name-change-1: ਨਾਮ ਬਦਲੀ... — [3, 176, 373, 207]
entry-text: ਮੈਂ ਪੂਨਮ ਰਾਣੀ ਪਤਨੀ ਸੁਰਜ ਭਾਨ ਨਾਗਪਾਲ ਵਾਸੀ … — [380, 515, 563, 575]
notice-body: ਹਰ ਆਮ ਅਤੇ ਖਾਸ ਜਨਤਾ ਨੂੰ ਸੂਚਿਤ ਕੀਤਾ ਜਾਂਦਾ … — [1343, 84, 1502, 783]
entry-text: I, RAMESH PAHWA S/O BANARASI LAL R/O B-1… — [569, 1222, 752, 1300]
pointing-hand-icon: ☛ — [380, 230, 388, 247]
entry-text: ਜਸਬੀਰ ਕੌਰ ਤੋਂ ਬਦਲਕੇ ਜਸਵੀਰ ਕੌਰ ਰੱਤੂ ਰੱਖ ਲ… — [191, 212, 373, 240]
pointing-hand-icon: ☛ — [1144, 2078, 1154, 2094]
list-item: ☛ਮੈਂ ਗੁਰਜੀਤ ਸਿੰਘ ਪੁੱਤਰ ਗੁਰਜੀਤ ਸਿੰਘ ਨੇ ਆਪ… — [380, 230, 563, 279]
entry-text: I Davinder Kumar S/o Yash Pal Sharma R/o… — [1144, 2225, 1510, 2268]
notice-ref: ਨੰਬਰ ਰੀਡਰ/164 — [1343, 1472, 1402, 1487]
entry-text: ਮੈਂ Abhishek Pandey ਪੁੱਤਰ ਰਮੇਸ਼ ਪਾਂਡੇ ਨੇ… — [380, 829, 563, 873]
notice-body: 1) ਮੰਗਲ ਸਿੰਘ ਪੁੱਤਰ ਕੇਹਰ ਸਿੰਘ(2) ਨਰਿੰਦਰ ਸ… — [1343, 977, 1502, 1472]
entry-text: I, MONIKA PAHWA W/O RAMESH KUMAR PAHWA R… — [569, 1138, 752, 1216]
pointing-hand-icon: ☛ — [761, 640, 771, 660]
entry-text: ਮੈਂ Sarabjeet Kaur ਪਤਨੀ ਕੁਲਦੀਪ ਸਿੰਘ ਨੇ ਆ… — [380, 415, 563, 459]
pointing-hand-icon: ☛ — [569, 1220, 579, 1237]
list-item: ☛I, Mandeep Singh S/o Sh. Sawinder Singh… — [1144, 1568, 1510, 1629]
date-banner: ਬੁੱਧਵਾਰ, 22 ਮਈ 2024 — [126, 14, 465, 50]
pointing-hand-icon: ☛ — [1144, 1679, 1154, 1695]
entry-text: ਮੈਂ, ਰਾਜਬੀਰ ਸਿੰਘ ਸਖਾਨਾ ਪੁੱਤਰ ਅਮਰੀਕ ਸਿੰਘ … — [191, 363, 373, 423]
bank-account-text: ਅਦਾਰਾ ਪਹਿਰੇਦਾਰ ਦਾ ਬੈਂਕ ਖਾਤਾ ਆਈ. ਡੀ.ਬੀ.ਆਈ… — [3, 98, 373, 176]
page-number: 2 — [6, 2, 29, 54]
list-item: ☛I Paramjeet Singh S/o Maghar Singh R/o … — [569, 413, 752, 479]
entry-text: I Meery Kochar W/O Mohit Sharma R/O Hno.… — [1144, 1855, 1510, 1898]
entry-text: I, JASPAL KUMAR PASRICHA S/O MULAKH RAJ … — [569, 786, 752, 880]
list-item: ☛I, Kirti Kumar S/o Raj Kumar R/o Qilla … — [1144, 1949, 1510, 1980]
notice-heading: ਨਗਰ ਨਿਗਮ, ਲੁਧਿਆਣਾ, ਜਨਤਕ ਨੋਟਿਸ — [1343, 69, 1502, 84]
list-item: ☛ਮੈਂ, Prashar ਪੁੱਤਰ ਰਾਮ ਕੁਮਾਰ ਨੇ ਆਪਣਾ ਨਾ… — [191, 427, 373, 460]
list-item: ☛I, ARYAN ALIAS KASHISH KAPOOR S/O BALRA… — [569, 1002, 752, 1134]
notice-date: ਮਿਤੀ:20/05/2024 — [1343, 1486, 1415, 1501]
header-rule — [0, 54, 1261, 58]
pointing-hand-icon: ☛ — [761, 1289, 771, 1310]
pointing-hand-icon: ☛ — [1144, 2223, 1154, 2239]
entry-text: ਮੈਂ, Balvir Kaur ਪਤਨੀ ਜਸਵਿੰਦਰ ਸਿੰਘ ਨੇ ਆਪ… — [3, 577, 185, 621]
entry-text: I Neetu Gupta W/O Sorabh Gupta R/O Patti… — [1144, 1680, 1510, 1723]
notice-party: 1. ਸ੍ਰੀ ਨਰਿੰਦਰ ਸਿੰਘ ਪੁੱਤਰ ਸ੍ਰੀ ਕੁੰਨਣ ਸਿੰ… — [1343, 915, 1502, 959]
pointing-hand-icon: ☛ — [569, 481, 579, 497]
entry-text: ਮੈਂ, Jasvinder Singh ਪੁੱਤਰ ਗੁਰਦੇਵ ਸਿੰਘ ਵ… — [191, 246, 373, 307]
list-item: ☛ਮੈ ਸੁਰਜਨ ਸਿੰਘ ਪੁੱਤਰ ਬਲਵੰਤ ਸਿੰਘ ਵਾਸੀ ਕੁਲ… — [761, 98, 1131, 200]
notice-heading: ਜਨਤਕ ਨੋਟਿਸ — [1152, 69, 1316, 84]
pointing-hand-icon: ☛ — [761, 202, 771, 222]
pointing-hand-icon: ☛ — [191, 311, 200, 327]
entry-text: I, Kirti Kumar S/o Raj Kumar R/o Qilla M… — [1144, 1951, 1510, 1978]
pointing-hand-icon: ☛ — [191, 495, 200, 512]
pointing-hand-icon: ☛ — [380, 778, 388, 794]
list-item: ☛ਮੈਂ ਅਮਰਜੀਤ ਕੌਰ ਸਹਿਦੇਵ ਪਤਨੀ ਸੁਨੀਲ ਸਹਿਦੇਵ… — [380, 164, 563, 229]
pointing-hand-icon: ☛ — [761, 577, 771, 597]
section-title-disinherit: ਬੇਦਖ਼ਲੀ... — [761, 63, 1131, 95]
pointing-hand-icon: ☛ — [1144, 1758, 1154, 1774]
entry-text: ਮੈਂ ਪ੍ਰਿਅੰਕਾ ਭਨੋਟ ਉਰਫ ਪ੍ਰਿਅੰਕਾ ਪਤਨੀ ਵਿਨੀ… — [569, 166, 752, 226]
list-item: ☛I, hitherto known as Jagtar Singh S/o J… — [1144, 1631, 1510, 1677]
entry-text: ਮੈਂ, Som Dutt ਪੁੱਤਰ ਮਹਿੰਦਰ ਪਾਲ ਨੇ ਆਪਣਾ ਨ… — [3, 627, 185, 656]
list-item: ☛I, Ravinder S/o Jai Kishan R/o Shastri … — [1144, 1981, 1510, 2012]
entry-text: ਮੈਂ, ਰਾਜ ਰਾਣੀ ਪਤਨੀ ਮਨਜੀਤ ਸਿੰਘ ਵਾਸੀ ਮਕਾਨ … — [761, 706, 1131, 741]
list-item: ☛ਮੈਂ, Som Dutt ਪੁੱਤਰ ਮਹਿੰਦਰ ਪਾਲ ਨੇ ਆਪਣਾ … — [3, 626, 185, 658]
entry-text: ਮੈਂ ਬਲਵਿੰਦਰ ਸਿੰਘ ਪੁੱਤਰ ਜਰਨੈਲ ਸਿੰਘ ਵਾਸੀ ਪ… — [761, 1166, 1131, 1222]
